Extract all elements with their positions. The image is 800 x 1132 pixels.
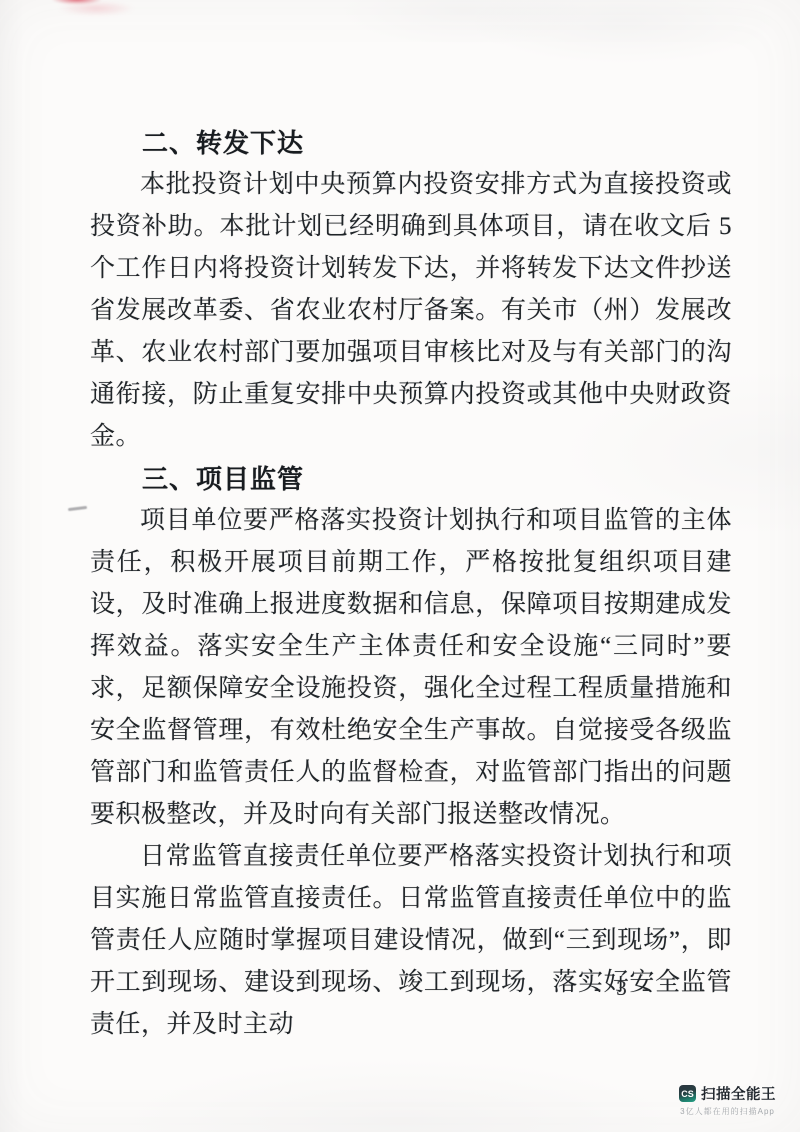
red-ink-smudge-faint (58, 2, 143, 18)
paragraph-supervision-2: 日常监管直接责任单位要严格落实投资计划执行和项目实施日常监管直接责任。日常监管直… (90, 836, 732, 1046)
camscanner-tagline: 3亿人都在用的扫描App (680, 1106, 775, 1117)
scanned-document-page: 二、转发下达 本批投资计划中央预算内投资安排方式为直接投资或投资补助。本批计划已… (0, 0, 800, 1132)
section-heading-forwarding: 二、转发下达 (90, 122, 732, 164)
camscanner-watermark: CS 扫描全能王 3亿人都在用的扫描App (679, 1083, 776, 1117)
document-body: 二、转发下达 本批投资计划中央预算内投资安排方式为直接投资或投资补助。本批计划已… (90, 122, 732, 1046)
camscanner-watermark-row: CS 扫描全能王 (679, 1083, 776, 1104)
paragraph-supervision-1: 项目单位要严格落实投资计划执行和项目监管的主体责任，积极开展项目前期工作，严格按… (90, 500, 732, 836)
section-heading-supervision: 三、项目监管 (90, 458, 732, 500)
camscanner-app-name: 扫描全能王 (701, 1083, 776, 1104)
page-number: - 3 - (594, 976, 654, 1001)
camscanner-logo-icon: CS (679, 1085, 696, 1102)
pencil-mark (68, 506, 87, 511)
paragraph-forwarding: 本批投资计划中央预算内投资安排方式为直接投资或投资补助。本批计划已经明确到具体项… (90, 164, 732, 458)
